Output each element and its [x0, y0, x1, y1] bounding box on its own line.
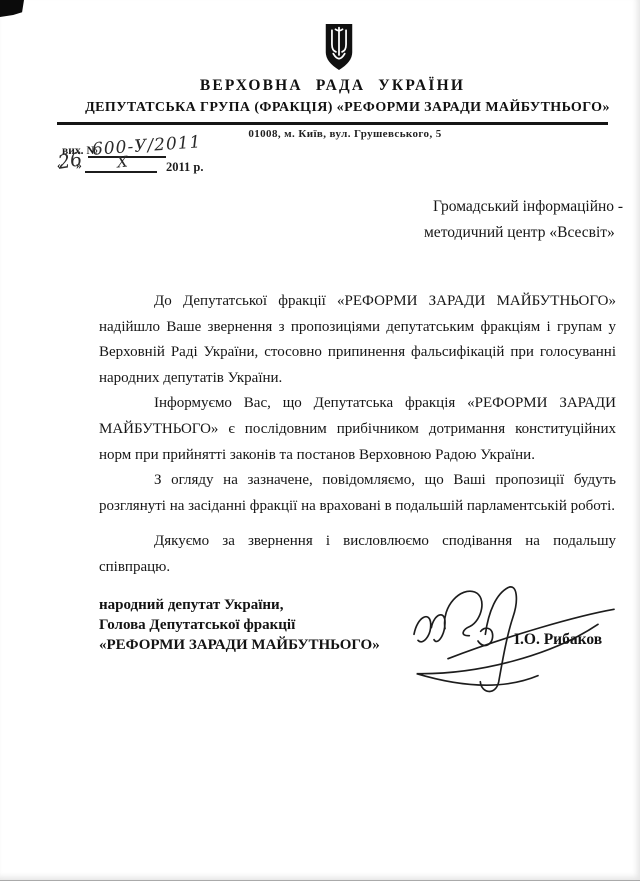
- date-month-handwritten: Х: [116, 152, 129, 171]
- scan-artifact: [0, 0, 24, 17]
- body-paragraph-1: До Депутатської фракції «РЕФОРМИ ЗАРАДИ …: [99, 289, 616, 391]
- letter-body: До Депутатської фракції «РЕФОРМИ ЗАРАДИ …: [99, 289, 616, 581]
- addressee-block: Громадський інформаційно - методичний це…: [424, 194, 636, 245]
- signatory-title-3: «РЕФОРМИ ЗАРАДИ МАЙБУТНЬОГО»: [99, 635, 419, 655]
- coat-of-arms-icon: [324, 23, 354, 71]
- body-paragraph-3: З огляду на зазначене, повідомляємо, що …: [99, 468, 616, 519]
- signatory-titles: народний депутат України, Голова Депутат…: [99, 595, 419, 655]
- addressee-line2: методичний центр «Всесвіт»: [424, 220, 636, 246]
- signatory-title-1: народний депутат України,: [99, 595, 419, 615]
- header-rule: [57, 122, 608, 125]
- body-paragraph-2: Інформуємо Вас, що Депутатська фракція «…: [99, 391, 616, 468]
- faction-title: ДЕПУТАТСЬКА ГРУПА (ФРАКЦІЯ) «РЕФОРМИ ЗАР…: [60, 100, 635, 116]
- signatory-name: І.О. Рибаков: [514, 631, 602, 649]
- body-paragraph-4: Дякуємо за звернення і висловлюємо споді…: [99, 529, 616, 580]
- signatory-title-2: Голова Депутатської фракції: [99, 615, 419, 635]
- date-close-quote: »: [76, 160, 82, 172]
- scanned-letter-page: ВЕРХОВНА РАДА УКРАЇНИ ДЕПУТАТСЬКА ГРУПА …: [0, 0, 640, 881]
- parliament-title: ВЕРХОВНА РАДА УКРАЇНИ: [65, 77, 600, 95]
- date-year-label: 2011 р.: [166, 160, 204, 175]
- addressee-line1: Громадський інформаційно -: [424, 194, 636, 220]
- date-underline: [85, 171, 157, 173]
